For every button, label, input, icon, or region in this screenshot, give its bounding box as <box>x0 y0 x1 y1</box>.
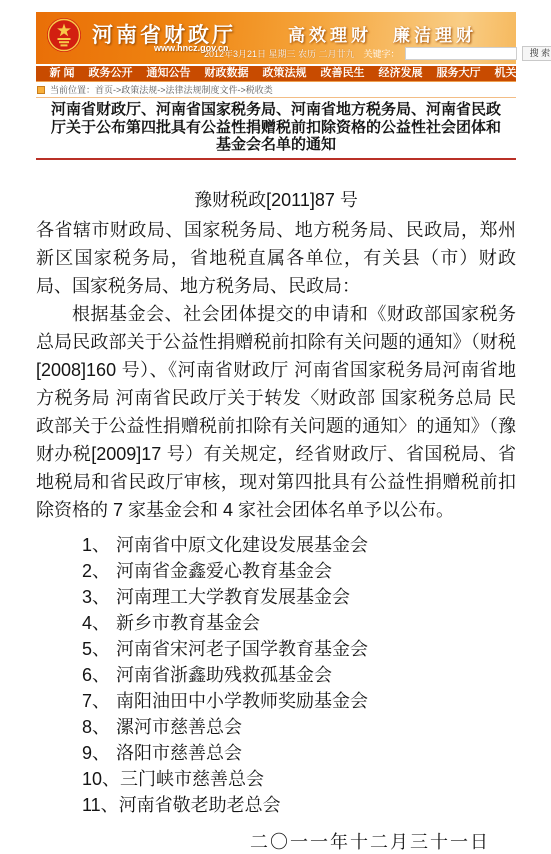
list-item-number: 3、 <box>82 584 116 610</box>
list-item-name: 河南省敬老助老总会 <box>119 795 281 815</box>
nav-item-service-hall[interactable]: 服务大厅 <box>437 66 481 81</box>
list-item: 3、河南理工大学教育发展基金会 <box>82 584 516 610</box>
nav-item-notices[interactable]: 通知公告 <box>147 66 191 81</box>
basis-paragraph: 根据基金会、社会团体提交的申请和《财政部国家税务总局民政部关于公益性捐赠税前扣除… <box>36 300 516 524</box>
nav-item-economy[interactable]: 经济发展 <box>379 66 423 81</box>
current-date-text: 2012年3月21日 星期三 农历 二月廿九 <box>204 47 355 60</box>
list-item-name: 河南省宋河老子国学教育基金会 <box>116 639 368 659</box>
addressees-paragraph: 各省辖市财政局、国家税务局、地方税务局、民政局，郑州新区国家税务局，省地税直属各… <box>36 216 516 300</box>
list-item-name: 南阳油田中小学教师奖励基金会 <box>116 691 368 711</box>
main-nav: 首页 新 闻 政务公开 通知公告 财政数据 政策法规 改善民生 经济发展 服务大… <box>36 66 516 82</box>
list-item: 4、新乡市教育基金会 <box>82 610 516 636</box>
notice-title: 河南省财政厅、河南省国家税务局、河南省地方税务局、河南省民政厅关于公布第四批具有… <box>36 102 516 155</box>
document-date: 二〇一一年十二月三十一日 <box>36 828 516 835</box>
list-item-number: 1、 <box>82 532 116 558</box>
nav-item-fiscal-data[interactable]: 财政数据 <box>205 66 249 81</box>
nav-item-news[interactable]: 新 闻 <box>49 66 74 81</box>
site-header: 河南省财政厅 www.hncz.gov.cn 高效理财 廉洁理财 2012年3月… <box>36 12 516 64</box>
list-item-name: 三门峡市慈善总会 <box>120 769 264 789</box>
list-item: 2、河南省金鑫爱心教育基金会 <box>82 558 516 584</box>
nav-item-gov-affairs[interactable]: 政务公开 <box>89 66 133 81</box>
list-item: 10、三门峡市慈善总会 <box>82 766 516 792</box>
list-item: 7、南阳油田中小学教师奖励基金会 <box>82 688 516 714</box>
list-item-number: 4、 <box>82 610 116 636</box>
breadcrumb[interactable]: 当前位置：首页->政策法规->法律法规制度文件->税收类 <box>50 83 273 96</box>
list-item: 1、河南省中原文化建设发展基金会 <box>82 532 516 558</box>
document-number: 豫财税政[2011]87 号 <box>36 186 516 212</box>
list-item-number: 2、 <box>82 558 116 584</box>
list-item-name: 河南省中原文化建设发展基金会 <box>116 535 368 555</box>
nav-item-livelihood[interactable]: 改善民生 <box>321 66 365 81</box>
search-button[interactable]: 搜 索 <box>522 46 551 61</box>
search-keyword-label: 关键字： <box>364 47 400 60</box>
list-item: 5、河南省宋河老子国学教育基金会 <box>82 636 516 662</box>
list-item-number: 10、 <box>82 766 120 792</box>
list-item-name: 河南省浙鑫助残救孤基金会 <box>116 665 332 685</box>
search-input[interactable] <box>405 47 517 60</box>
list-item-number: 5、 <box>82 636 116 662</box>
list-item-number: 6、 <box>82 662 116 688</box>
list-item-name: 河南省金鑫爱心教育基金会 <box>116 561 332 581</box>
title-divider <box>36 158 516 160</box>
nav-item-agency-building[interactable]: 机关建设 <box>495 66 539 81</box>
list-item: 6、河南省浙鑫助残救孤基金会 <box>82 662 516 688</box>
national-emblem-icon[interactable] <box>46 17 82 53</box>
header-sub-bar: 2012年3月21日 星期三 农历 二月廿九 关键字： 搜 索 高级搜索 <box>204 46 513 61</box>
document-body: 豫财税政[2011]87 号 各省辖市财政局、国家税务局、地方税务局、民政局，郑… <box>36 186 516 835</box>
list-item-name: 河南理工大学教育发展基金会 <box>116 587 350 607</box>
list-item-number: 9、 <box>82 740 116 766</box>
nav-item-home[interactable]: 首页 <box>13 66 35 81</box>
nav-item-policies[interactable]: 政策法规 <box>263 66 307 81</box>
list-item-number: 7、 <box>82 688 116 714</box>
list-item-name: 漯河市慈善总会 <box>116 717 242 737</box>
list-item: 11、河南省敬老助老总会 <box>82 792 516 818</box>
list-item-name: 洛阳市慈善总会 <box>116 743 242 763</box>
list-item-name: 新乡市教育基金会 <box>116 613 260 633</box>
list-item: 9、洛阳市慈善总会 <box>82 740 516 766</box>
breadcrumb-row: 当前位置：首页->政策法规->法律法规制度文件->税收类 <box>36 82 516 98</box>
organization-list: 1、河南省中原文化建设发展基金会 2、河南省金鑫爱心教育基金会 3、河南理工大学… <box>82 532 516 818</box>
breadcrumb-bullet-icon <box>37 86 45 94</box>
list-item-number: 8、 <box>82 714 116 740</box>
site-slogan: 高效理财 廉洁理财 <box>288 21 477 46</box>
site-container: 河南省财政厅 www.hncz.gov.cn 高效理财 廉洁理财 2012年3月… <box>36 12 516 834</box>
list-item-number: 11、 <box>82 792 119 818</box>
list-item: 8、漯河市慈善总会 <box>82 714 516 740</box>
